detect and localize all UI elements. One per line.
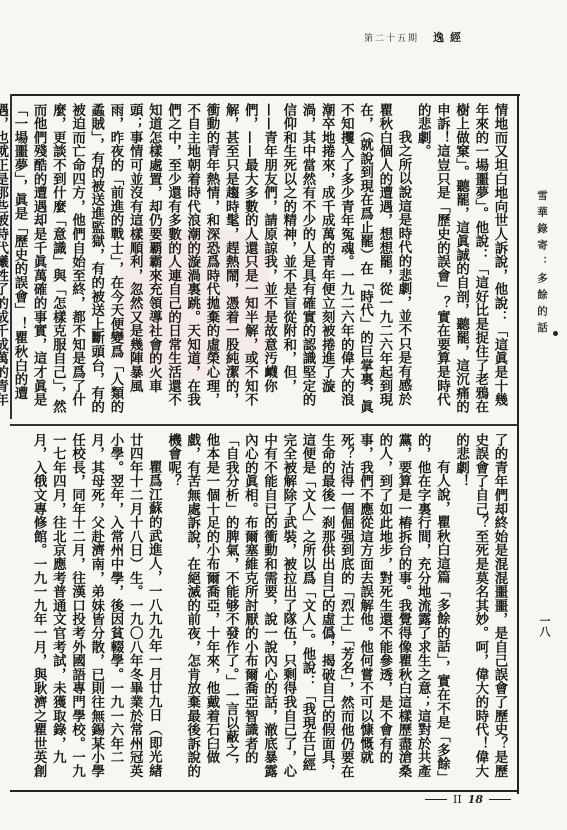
paragraph: 瞿爲江蘇的武進人，一八九九年一月廿九日（即光緖廿四年十二月十八日）生。一九〇八年… (29, 433, 163, 783)
section-divider (10, 424, 518, 426)
page-header: 第二十五期 逸經 (364, 29, 467, 45)
frame-right-border (517, 94, 519, 794)
paragraph: 情地而又坦白地向世人訴說，他說：「這眞是十幾年來的一場噩夢」。他說：「這好比是捉… (413, 103, 509, 415)
issue-number: 第二十五期 (364, 31, 419, 44)
volume-number: II (453, 793, 462, 806)
page-number-chinese: 一八 (536, 615, 552, 637)
publication-title: 逸經 (433, 29, 467, 45)
frame-bottom-border (10, 790, 518, 792)
page-number: 18 (468, 793, 483, 806)
top-text-block: 情地而又坦白地向世人訴說，他說：「這眞是十幾年來的一場噩夢」。他說：「這好比是捉… (19, 103, 509, 415)
frame-top-border (10, 94, 520, 96)
paragraph: 了的青年們却終始是混混噩噩，是自己誤會了歷史？是歷史誤會了自己？至死是莫名其妙。… (451, 433, 509, 783)
bottom-text-block: 了的青年們却終始是混混噩噩，是自己誤會了歷史？是歷史誤會了自己？至死是莫名其妙。… (19, 433, 509, 783)
dash-decoration (489, 799, 511, 801)
dash-decoration (425, 799, 447, 801)
running-article-title: 雪華錄寄：多餘的話 (535, 190, 550, 339)
page-footer: II 18 (425, 793, 511, 806)
paragraph: 我之所以說這是時代的悲劇，並不只是有感於瞿秋白個人的遭遇，想想罷，從一九二六年起… (0, 103, 413, 415)
paragraph: 有人說，瞿秋白這篇「多餘的話」，實在不是「多餘」的，他在字裏行間，充分地流露了求… (163, 433, 451, 783)
margin-dot-icon (553, 331, 558, 336)
